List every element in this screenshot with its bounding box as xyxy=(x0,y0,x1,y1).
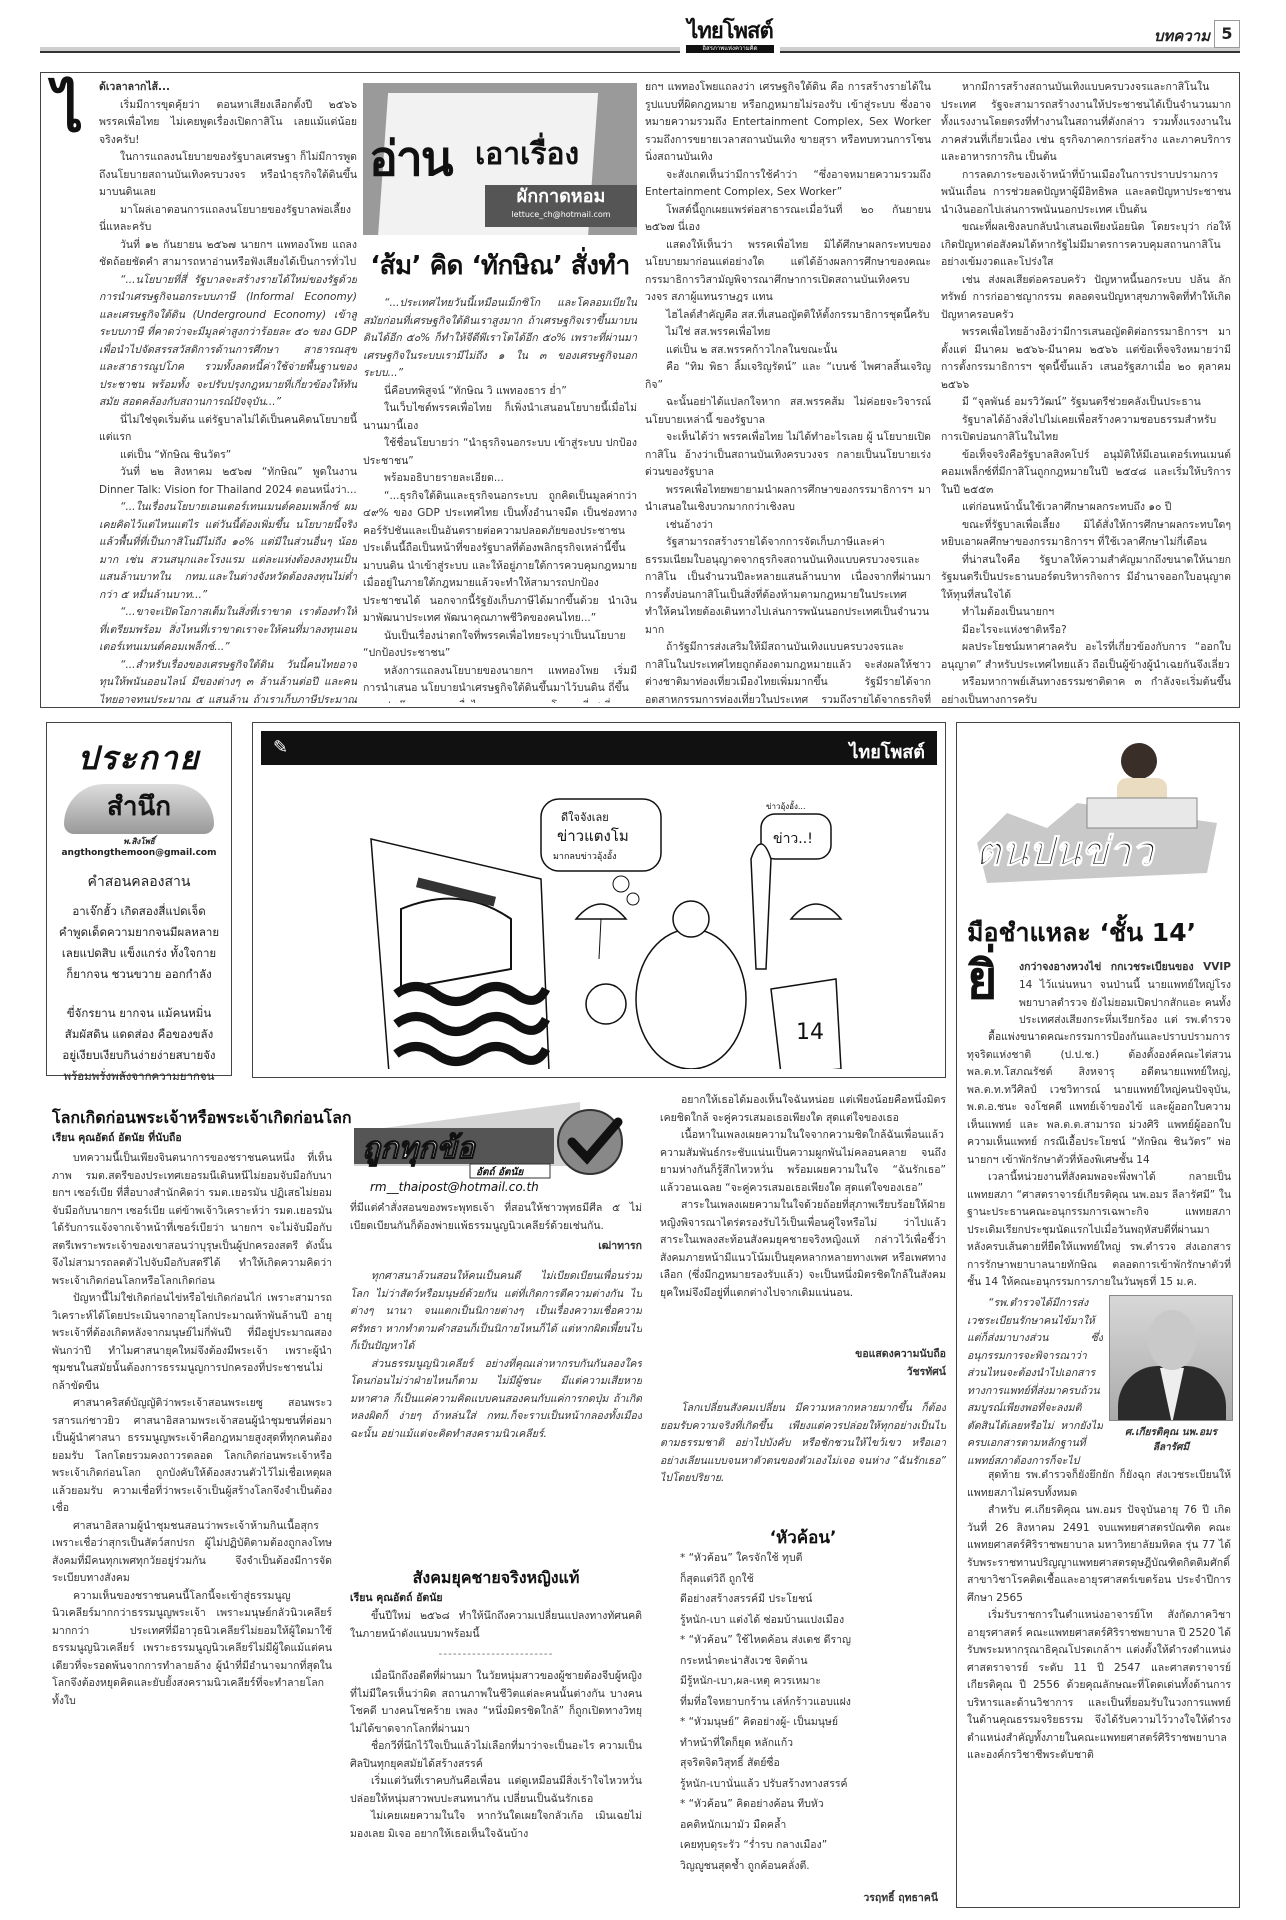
paragraph: ที่น่าสนใจคือ รัฐบาลให้ความสำคัญมากถึงขน… xyxy=(941,552,1231,605)
paragraph: เช่นอ้างว่า xyxy=(645,517,931,535)
poem-line: เคยทุบดุระรัว “ร่ำรบ กลางเมือง” xyxy=(680,1835,946,1856)
paragraph: มี “จุลพันธ์ อมรวิวัฒน์” รัฐมนตรีช่วยคลั… xyxy=(941,394,1231,412)
paragraph: “...ประเทศไทยวันนี้เหมือนเม็กซิโก และโคล… xyxy=(363,295,637,383)
poem-line: ก็สุดแต่วิถี ถูกใช้ xyxy=(680,1569,946,1590)
paragraph: ไม่ใช่ สส.พรรคเพื่อไทย xyxy=(645,324,931,342)
author-name: ผักกาดหอม xyxy=(485,185,637,209)
paragraph: คือ “ทิม พิธา ลิ้มเจริญรัตน์” และ “เบนซ์… xyxy=(645,359,931,394)
paragraph: “...นโยบายที่สี่ รัฐบาลจะสร้างรายได้ใหม่… xyxy=(99,272,357,412)
poem-line: มีรู้หนัก-เบา,ผล-เหตุ ควรเหมาะ xyxy=(680,1671,946,1692)
letter1-salutation: เรียน คุณอัตถ์ อัตนัย ที่นับถือ xyxy=(52,1130,332,1148)
paragraph: เมื่อนึกถึงอดีตที่ผ่านมา ในวัยหนุ่มสาวขอ… xyxy=(350,1668,642,1738)
author-email[interactable]: lettuce_ch@hotmail.com xyxy=(485,209,637,221)
right-headline: มือชำแหละ ‘ชั้น 14’ xyxy=(967,913,1196,953)
paragraph: จะสังเกตเห็นว่ามีการใช้คำว่า “ซึ่งอาจหมา… xyxy=(645,167,931,202)
letter1-body: บทความนี้เป็นเพียงจินตนาการของชราชนคนหนึ… xyxy=(52,1150,332,1910)
paragraph: ความเห็นของชราชนคนนี้โลกนี้จะเข้าสู่ธรรม… xyxy=(52,1588,332,1711)
paragraph: “...ธุรกิจใต้ดินและธุรกิจนอกระบบ ถูกคิดเ… xyxy=(363,488,637,628)
paragraph: ฉะนั้นอย่าได้แปลกใจหาก สส.พรรคส้ม ไม่ค่อ… xyxy=(645,394,931,429)
paragraph: เช่น ส่งผลเสียต่อครอบครัว ปัญหาหนี้นอกระ… xyxy=(941,272,1231,325)
paragraph: แต่เป็น “ทักษิณ ชินวัตร” xyxy=(99,447,357,465)
bubble1-line2: ข่าวแตงโม xyxy=(557,827,629,845)
letter2-body: เมื่อนึกถึงอดีตที่ผ่านมา ในวัยหนุ่มสาวขอ… xyxy=(350,1668,642,1910)
banner-byline: ผักกาดหอม lettuce_ch@hotmail.com xyxy=(485,185,637,227)
paragraph: พรรคเพื่อไทยพยายามนำผลการศึกษาของกรรมาธิ… xyxy=(645,482,931,517)
paragraph: “...ในเรื่องนโยบายเอนเตอร์เทนเมนต์คอมเพล… xyxy=(99,499,357,604)
paragraph: เวลานี้หน่วยงานที่สังคมพอจะพึ่งพาได้ กลา… xyxy=(967,1169,1231,1292)
paragraph: ถ้ารัฐมีการส่งเสริมให้มีสถานบันเทิงแบบคร… xyxy=(645,639,931,703)
article-column-2: “...ประเทศไทยวันนี้เหมือนเม็กซิโก และโคล… xyxy=(363,295,637,703)
letter2-signature: วัชรทัศน์ xyxy=(660,1364,946,1382)
paragraph: สาระในเพลงเผยความในใจด้วยถ้อยที่สุภาพเรี… xyxy=(660,1197,946,1302)
paragraph: ขณะที่ผลเชิงลบกลับนำเสนอเพียงน้อยนิด โดย… xyxy=(941,219,1231,272)
paragraph: “รพ.ตำรวจได้มีการส่งเวชระเบียนรักษาคนไข้… xyxy=(967,1295,1103,1467)
page-number: 5 xyxy=(1214,20,1240,48)
right-column-text-d: สุดท้าย รพ.ตำรวจก็ยังยึกยัก ก็ยังฉุก ส่ง… xyxy=(967,1467,1231,1901)
right-column-text-c: “รพ.ตำรวจได้มีการส่งเวชระเบียนรักษาคนไข้… xyxy=(967,1295,1103,1467)
photo-caption: ศ.เกียรติคุณ นพ.อมร ลีลารัศมี xyxy=(1109,1425,1233,1455)
right-dropcap: ยิ่ xyxy=(967,955,997,1007)
paragraph: พรรคเพื่อไทยอ้างอิงว่ามีการเสนอญัตติต่อก… xyxy=(941,324,1231,394)
paragraph: ทุกศาสนาล้วนสอนให้คนเป็นคนดี ไม่เบียดเบี… xyxy=(350,1268,642,1356)
letters-logo-text: ถูกทุกข้อ xyxy=(362,1131,477,1167)
letter2-intro: ขึ้นปีใหม่ ๒๕๖๘ ทำให้นึกถึงความเปลี่ยนแป… xyxy=(350,1608,642,1644)
paragraph: ยกฯ แพทองโพยแถลงว่า เศรษฐกิจใต้ดิน คือ ก… xyxy=(645,79,931,167)
poem-line: อคติหนักเมามัว มืดคล้ำ xyxy=(680,1815,946,1836)
letter1-editor-reply: ทุกศาสนาล้วนสอนให้คนเป็นคนดี ไม่เบียดเบี… xyxy=(350,1268,642,1524)
paragraph: ทำไมต้องเป็นนายกฯ xyxy=(941,604,1231,622)
poem-title: คำสอนคลองสาน xyxy=(47,871,231,893)
paragraph: หรือมหากาพย์เส้นทางธรรมชาติดาค ๓ กำลังจะ… xyxy=(941,674,1231,703)
poem-line: พร้อมพรั่งพลังจากความยากจน xyxy=(47,1066,231,1087)
paragraph: รัฐสามารถสร้างรายได้จากการจัดเก็บภาษีและ… xyxy=(645,534,931,639)
paragraph: เริ่มแต่วันที่เราคบกันคือเพื่อน แต่ดูเหม… xyxy=(350,1773,642,1808)
poem2-lines: * “หัวค้อน” ใครจักใช้ ทุบตีก็สุดแต่วิถี … xyxy=(680,1548,946,1884)
poem-line: กระหน่ำตะน่าสังเวช จิตด้าน xyxy=(680,1651,946,1672)
paragraph: ในเว็บไซต์พรรคเพื่อไทย ก็เพิ่งนำเสนอนโยบ… xyxy=(363,400,637,435)
article-column-4: หากมีการสร้างสถานบันเทิงแบบครบวงจรและกาส… xyxy=(941,79,1231,703)
bubble2-caption: ข่าวอุ้งอั้ง... xyxy=(766,800,806,811)
paragraph: เริ่มมีการขุดคุ้ยว่า ตอนหาเสียงเลือกตั้ง… xyxy=(99,97,357,150)
poem-line: * “หัวค้อน” ใครจักใช้ ทุบตี xyxy=(680,1548,946,1569)
paragraph: “...ขาจะเปิดโอกาสเต็มในสิ่งที่เราขาด เรา… xyxy=(99,604,357,657)
poem-line: * “หัวค้อน” ใช้ไหดค้อน ส่งเดช ดีราญ xyxy=(680,1630,946,1651)
paragraph: สำหรับ ศ.เกียรติคุณ นพ.อมร ปัจจุบันอายุ … xyxy=(967,1502,1231,1607)
portrait-photo: ศ.เกียรติคุณ นพ.อมร ลีลารัศมี xyxy=(1109,1295,1233,1465)
poem-line: รู้หนัก-เบา แต่งได้ ซ่อมบ้านแปงเมือง xyxy=(680,1610,946,1631)
paragraph: ไฮไลต์สำคัญคือ สส.ที่เสนอญัตติให้ตั้งกรร… xyxy=(645,307,931,325)
logo-script: ประกาย xyxy=(47,723,231,784)
cartoon-header-bar: ✎ ไทยโพสต์ xyxy=(261,731,937,765)
paragraph: แสดงให้เห็นว่า พรรคเพื่อไทย มิได้ศึกษาผล… xyxy=(645,237,931,307)
logo-tagline: อิสรภาพแห่งความคิด xyxy=(686,45,774,53)
paragraph: มาโผล่เอาตอนการแถลงนโยบายของรัฐบาลพ่อเลี… xyxy=(99,202,357,237)
right-lead: งกว่าจงอางหวงไข่ กกเวชระเบียนของ VVIP ชั… xyxy=(1019,959,1231,977)
paragraph: ด้เวลาลากไส้... xyxy=(99,79,357,97)
paragraph: โพสต์นี้ถูกเผยแพร่ต่อสาธารณะเมื่อวันที่ … xyxy=(645,202,931,237)
section-label: บทความ xyxy=(1154,24,1210,48)
paragraph: ข้อเท็จจริงคือรัฐบาลสิงคโปร์ อนุมัติให้ม… xyxy=(941,447,1231,500)
column-banner: อ่าน เอาเรื่อง ผักกาดหอม lettuce_ch@hotm… xyxy=(363,83,637,235)
letters-column-logo: ถูกทุกข้อ อัตถ์ อัตนัย rm__thaipost@hotm… xyxy=(350,1096,640,1194)
paragraph: หากมีการสร้างสถานบันเทิงแบบครบวงจรและกาส… xyxy=(941,79,1231,167)
poem-line: อาเจ๊กฮั้ว เกิดสองสี่แปดเจ็ด xyxy=(47,901,231,922)
paragraph: แต่ก่อนหน้านั้นใช้เวลาศึกษาผลกระทบถึง ๑๐… xyxy=(941,499,1231,517)
poem-line: รู้หนัก-เบานั่นแล้ว ปรับสร้างทางสรรค์ xyxy=(680,1774,946,1795)
portrait-image xyxy=(1109,1295,1233,1421)
paragraph: “...สำหรับเรื่องของเศรษฐกิจใต้ดิน วันนี้… xyxy=(99,657,357,704)
banner-title-big: อ่าน xyxy=(369,121,452,197)
paragraph: วันที่ ๑๒ กันยายน ๒๕๖๗ นายกฯ แพทองโพย แถ… xyxy=(99,237,357,272)
paragraph: ส่วนธรรมนูญนิวเคลียร์ อย่างที่คุณเล่าหาก… xyxy=(350,1356,642,1444)
letters-email: rm__thaipost@hotmail.co.th xyxy=(370,1180,539,1194)
floor-number: 14 xyxy=(796,1020,824,1045)
letter1-closing-para: ที่มีแต่คำสั่งสอนของพระพุทธเจ้า ที่สอนให… xyxy=(350,1200,642,1236)
banner-title-small: เอาเรื่อง xyxy=(475,131,579,178)
poem-line: เลยแปดสิบ แข็งแกร่ง ทั้งใจกาย xyxy=(47,943,231,964)
letter2-salutation: เรียน คุณอัตถ์ อัตนัย xyxy=(350,1590,642,1608)
poem-box: ประกาย สำนึก พ.สิงโพธิ์ angthongthemoon@… xyxy=(46,722,232,1076)
divider: ------------------------ xyxy=(350,1646,642,1664)
paragraph: ไม่เคยเผยความในใจ หากวันใดเผยใจกลัวเก้อ … xyxy=(350,1808,642,1843)
poem-author: พ.สิงโพธิ์ xyxy=(47,835,231,848)
paragraph: นี่คือบทพิสูจน์ “ทักษิณ วิ แพทองธาร ย่ำ” xyxy=(363,383,637,401)
paragraph: เนื้อหาในเพลงเผยความในใจจากความชิดใกล้ฉั… xyxy=(660,1127,946,1197)
poem-line: สัมผัสดิน แดดส่อง คือของขลัง xyxy=(47,1024,231,1045)
poem-line: ทำหน้าที่ใดก็ยุด หลักแก้ว xyxy=(680,1733,946,1754)
paragraph: แต่เป็น ๒ สส.พรรคก้าวไกลในขณะนั้น xyxy=(645,342,931,360)
logo-text: ไทยโพสต์ xyxy=(680,20,780,44)
poem-line: อยู่เงียบเงียบกินง่ายง่ายสบายจัง xyxy=(47,1045,231,1066)
paragraph: ศาสนาอิสลามผู้นำชุมชนสอนว่าพระเจ้าห้ามกิ… xyxy=(52,1518,332,1588)
masthead: ไทยโพสต์ อิสรภาพแห่งความคิด บทความ 5 xyxy=(40,20,1240,66)
bubble2-text: ข่าว..! xyxy=(773,831,813,847)
poem-stanza-2: ขี่จักรยาน ยากจน แม้คนหมิ่นสัมผัสดิน แดด… xyxy=(47,1003,231,1087)
column-logo-text: ตนปนข่าว xyxy=(975,829,1156,875)
paragraph: การลดภาระของเจ้าหน้าที่บ้านเมืองในการปรา… xyxy=(941,167,1231,220)
poem-stanza-1: อาเจ๊กฮั้ว เกิดสองสี่แปดเจ็ดคำพูดเด็ดควา… xyxy=(47,901,231,985)
newspaper-logo: ไทยโพสต์ อิสรภาพแห่งความคิด xyxy=(680,20,780,56)
poem2-title: ‘หัวค้อน’ xyxy=(660,1524,946,1551)
paragraph: เริ่มรับราชการในตำแหน่งอาจารย์โท สังกัดภ… xyxy=(967,1607,1231,1765)
paragraph: ผลประโยชน์มหาศาลครับ อะไรที่เกี่ยวข้องกั… xyxy=(941,639,1231,674)
dropcap: ไ xyxy=(53,81,83,141)
poem-line: สุจริตจิตวิสุทธิ์ สัตย์ซื่อ xyxy=(680,1753,946,1774)
letter2-body-cont: อยากให้เธอได้มองเห็นใจฉันหน่อย แต่เพียงน… xyxy=(660,1092,946,1342)
letter2-closing: ขอแสดงความนับถือ xyxy=(660,1346,946,1364)
right-column-text-b: ตื้อแพ่งขนาดคณะกรรมการป้องกันและปราบปราม… xyxy=(967,1029,1231,1295)
letter2-editor-reply: โลกเปลี่ยนสังคมเปลี่ยน มีความหลากหลายมาก… xyxy=(660,1400,946,1490)
paragraph: ปัญหานี้ไม่ใช่เกิดก่อนไข่หรือไข่เกิดก่อน… xyxy=(52,1290,332,1395)
paragraph: เพจเฟซบุ๊กของพรรคเพื่อไทย ขยายความนโยบาย… xyxy=(363,698,637,704)
letters-author: อัตถ์ อัตนัย xyxy=(476,1166,524,1178)
right-column-box: ตนปนข่าว มือชำแหละ ‘ชั้น 14’ ยิ่ งกว่าจง… xyxy=(956,722,1240,1908)
letter1-signature: เฒ่าทารก xyxy=(350,1238,642,1256)
paragraph: นับเป็นเรื่องน่าตกใจที่พรรคเพื่อไทยระบุว… xyxy=(363,628,637,663)
poem-line: วิญญูชนสุดช้ำ ถูกค้อนคลั่งตี. xyxy=(680,1856,946,1877)
column-logo-tonponkhao: ตนปนข่าว xyxy=(967,733,1229,883)
poem-line: ดีอย่างสร้างสรรค์มี ประโยชน์ xyxy=(680,1589,946,1610)
cartoonist-mark-icon: ✎ xyxy=(273,737,288,758)
poem-line: ที่มที่อใจหยาบกร้าน เล่ห์กร้าวแอบแฝง xyxy=(680,1692,946,1713)
paragraph: วันที่ ๒๒ สิงหาคม ๒๕๖๗ “ทักษิณ” พูดในงาน… xyxy=(99,464,357,499)
poem-line: ขี่จักรยาน ยากจน แม้คนหมิ่น xyxy=(47,1003,231,1024)
paragraph: ตื้อแพ่งขนาดคณะกรรมการป้องกันและปราบปราม… xyxy=(967,1029,1231,1169)
paragraph: รัฐบาลได้อ้างสิ่งไปไม่เคยเพื่อสร้างความช… xyxy=(941,412,1231,447)
top-article: ไ ด้เวลาลากไส้...เริ่มมีการขุดคุ้ยว่า ตอ… xyxy=(40,72,1240,708)
cartoon-brand: ไทยโพสต์ xyxy=(849,737,925,766)
paragraph: อยากให้เธอได้มองเห็นใจฉันหน่อย แต่เพียงน… xyxy=(660,1092,946,1127)
letter1-headline: โลกเกิดก่อนพระเจ้าหรือพระเจ้าเกิดก่อนโลก xyxy=(52,1106,352,1131)
poem-line: * “หัวมนุษย์” คิดอย่างผู้- เป็นมนุษย์ xyxy=(680,1712,946,1733)
poem-line: ก็ยากจน ชวนขวาย ออกกำลัง xyxy=(47,964,231,985)
article-headline: ‘ส้ม’ คิด ‘ทักษิณ’ สั่งทำ xyxy=(363,245,637,286)
poem-line: * “หัวค้อน” คิดอย่างค้อน ทีบหัว xyxy=(680,1794,946,1815)
paragraph: ศาสนาคริสต์บัญญัติว่าพระเจ้าสอนพระเยซู ส… xyxy=(52,1395,332,1518)
paragraph: ใช้ชื่อนโยบายว่า “นำธุรกิจนอกระบบ เข้าสู… xyxy=(363,435,637,470)
paragraph: จะเห็นได้ว่า พรรคเพื่อไทย ไม่ได้ทำอะไรเล… xyxy=(645,429,931,482)
right-column-text-a: 14 ไว้แน่นหนา จนป่านนี้ นายแพทย์ใหญ่โรงพ… xyxy=(1019,977,1231,1029)
masthead-rule xyxy=(40,47,1240,53)
paragraph: บทความนี้เป็นเพียงจินตนาการของชราชนคนหนึ… xyxy=(52,1150,332,1290)
poem-column-logo: ประกาย สำนึก พ.สิงโพธิ์ angthongthemoon@… xyxy=(47,723,231,859)
paragraph: หลังการแถลงนโยบายของนายกฯ แพทองโพย เริ่ม… xyxy=(363,663,637,698)
paragraph: นี่ไม่ใช่จุดเริ่มต้น แต่รัฐบาลไม่ได้เป็น… xyxy=(99,412,357,447)
poem-line: คำพูดเด็ดความยากจนมีผลหลาย xyxy=(47,922,231,943)
poem2-signature: วรฤทธิ์ ฤทธาคนี xyxy=(660,1890,938,1910)
paragraph: ในการแถลงนโยบายของรัฐบาลเศรษฐา ก็ไม่มีกา… xyxy=(99,149,357,202)
cartoon-illustration: ดีใจจังเลย ข่าวแตงโม มากลบข่าวอุ้งอั้ง ข… xyxy=(261,769,937,1069)
caption-line-1: ศ.เกียรติคุณ นพ.อมร xyxy=(1109,1425,1233,1440)
paragraph: 14 ไว้แน่นหนา จนป่านนี้ นายแพทย์ใหญ่โรงพ… xyxy=(1019,977,1231,1029)
poem-email[interactable]: angthongthemoon@gmail.com xyxy=(47,848,231,858)
paragraph: ชื่อกวีที่นึกไว้ใจเป็นแล้วไม่เลือกที่มาว… xyxy=(350,1738,642,1773)
editorial-cartoon: ✎ ไทยโพสต์ ดีใจจังเลย ข่าวแตงโม มากลบข่า… xyxy=(252,722,946,1078)
logo-scroll-text: สำนึก xyxy=(107,792,171,822)
article-column-1: ด้เวลาลากไส้...เริ่มมีการขุดคุ้ยว่า ตอนห… xyxy=(99,79,357,703)
paragraph: ขณะที่รัฐบาลเพื่อเลี้ยง มิได้สั่งให้การศ… xyxy=(941,517,1231,552)
bubble1-line1: ดีใจจังเลย xyxy=(561,811,609,824)
caption-line-2: ลีลารัศมี xyxy=(1109,1440,1233,1455)
letter2-headline: สังคมยุคชายจริงหญิงแท้ xyxy=(350,1566,642,1591)
paragraph: สุดท้าย รพ.ตำรวจก็ยังยึกยัก ก็ยังฉุก ส่ง… xyxy=(967,1467,1231,1502)
article-column-3: ยกฯ แพทองโพยแถลงว่า เศรษฐกิจใต้ดิน คือ ก… xyxy=(645,79,931,703)
scroll-graphic: สำนึก xyxy=(64,784,214,834)
paragraph: พร้อมอธิบายรายละเอียด... xyxy=(363,470,637,488)
paragraph: มีอะไรจะแห่งชาติหรือ? xyxy=(941,622,1231,640)
